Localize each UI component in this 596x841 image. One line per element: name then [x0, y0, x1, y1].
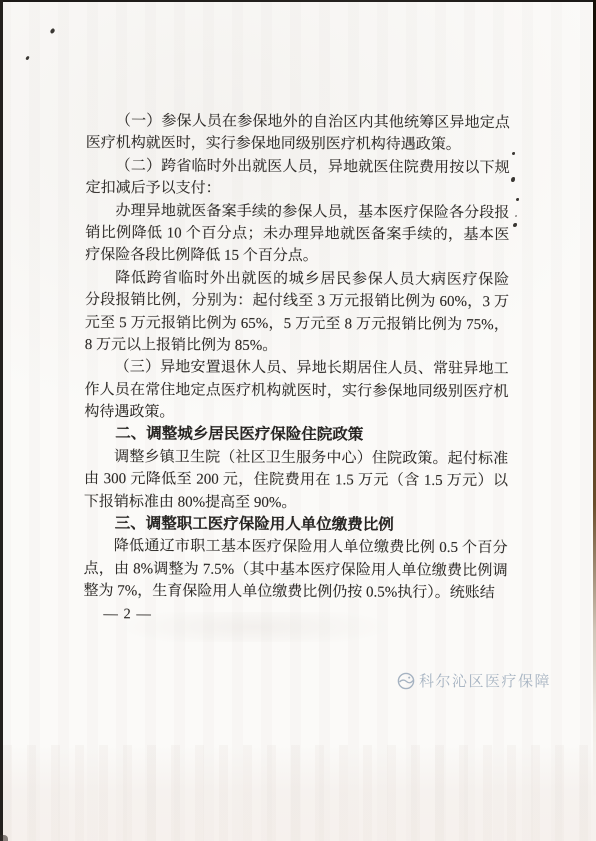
text-line: 销比例降低 10 个百分点；未办理异地就医备案手续的，基本医	[85, 222, 509, 247]
ink-speck	[516, 198, 519, 201]
medical-security-logo-icon	[396, 671, 416, 691]
watermark: 科尔沁区医疗保障	[396, 670, 551, 691]
section-heading: 三、调整职工医疗保险用人单位缴费比例	[84, 513, 508, 538]
text-line: 医疗机构就医时，实行参保地同级别医疗机构待遇政策。	[86, 132, 510, 157]
ink-speck	[49, 28, 55, 34]
text-line: 由 300 元降低至 200 元，住院费用在 1.5 万元（含 1.5 万元）以	[84, 468, 508, 493]
text-line: 办理异地就医备案手续的参保人员，基本医疗保险各分段报	[85, 200, 509, 225]
text-line: （一）参保人员在参保地外的自治区内其他统筹区异地定点	[86, 110, 510, 135]
ink-speck	[512, 152, 515, 155]
text-line: 构待遇政策。	[84, 401, 508, 426]
paragraph: （一）参保人员在参保地外的自治区内其他统筹区异地定点医疗机构就医时，实行参保地同…	[86, 110, 510, 157]
text-line: 降低通辽市职工基本医疗保险用人单位缴费比例 0.5 个百分	[84, 535, 508, 560]
scan-bottom-shading	[3, 745, 596, 841]
page-number: — 2 —	[103, 603, 507, 628]
ink-speck	[515, 215, 517, 217]
text-line: 疗保险各段比例降低 15 个百分点。	[85, 244, 509, 269]
text-line: 定扣减后予以支付：	[86, 177, 510, 202]
text-line: 元至 5 万元报销比例为 65%，5 万元至 8 万元报销比例为 75%，	[85, 312, 509, 337]
ink-speck	[513, 223, 517, 227]
paragraph: （三）异地安置退休人员、异地长期居住人员、常驻异地工作人员在常住地定点医疗机构就…	[84, 356, 508, 425]
text-line: 整为 7%，生育保险用人单位缴费比例仍按 0.5%执行）。统账结	[83, 580, 507, 605]
scan-edge-left	[0, 0, 3, 841]
text-line: 8 万元以上报销比例为 85%。	[85, 334, 509, 359]
text-line: 点，由 8%调整为 7.5%（其中基本医疗保险用人单位缴费比例调	[84, 558, 508, 583]
section-heading: 二、调整城乡居民医疗保险住院政策	[84, 423, 508, 448]
paragraph: 降低通辽市职工基本医疗保险用人单位缴费比例 0.5 个百分点，由 8%调整为 7…	[83, 535, 507, 604]
watermark-label: 科尔沁区医疗保障	[419, 670, 551, 691]
text-block: （一）参保人员在参保地外的自治区内其他统筹区异地定点医疗机构就医时，实行参保地同…	[83, 110, 510, 627]
text-line: 作人员在常住地定点医疗机构就医时，实行参保地同级别医疗机	[84, 379, 508, 404]
text-line: 调整乡镇卫生院（社区卫生服务中心）住院政策。起付标准	[84, 446, 508, 471]
paragraphs: （一）参保人员在参保地外的自治区内其他统筹区异地定点医疗机构就医时，实行参保地同…	[83, 110, 510, 605]
text-line: 降低跨省临时外出就医的城乡居民参保人员大病医疗保险	[85, 267, 509, 292]
text-line: 二、调整城乡居民医疗保险住院政策	[84, 423, 508, 448]
paragraph: 办理异地就医备案手续的参保人员，基本医疗保险各分段报销比例降低 10 个百分点；…	[85, 200, 509, 269]
text-line: 分段报销比例，分别为：起付线至 3 万元报销比例为 60%，3 万	[85, 289, 509, 314]
paragraph: 调整乡镇卫生院（社区卫生服务中心）住院政策。起付标准由 300 元降低至 200…	[84, 446, 508, 515]
paragraph: 降低跨省临时外出就医的城乡居民参保人员大病医疗保险分段报销比例，分别为：起付线至…	[85, 267, 509, 359]
scan-corner-artifact	[0, 835, 8, 841]
text-line: 下报销标准由 80%提高至 90%。	[84, 491, 508, 516]
scan-edge-top	[0, 0, 596, 2]
ink-speck	[511, 177, 515, 182]
text-line: （二）跨省临时外出就医人员，异地就医住院费用按以下规	[86, 155, 510, 180]
text-line: 三、调整职工医疗保险用人单位缴费比例	[84, 513, 508, 538]
paragraph: （二）跨省临时外出就医人员，异地就医住院费用按以下规定扣减后予以支付：	[86, 155, 510, 202]
ink-speck	[25, 56, 29, 61]
scanned-document-page: （一）参保人员在参保地外的自治区内其他统筹区异地定点医疗机构就医时，实行参保地同…	[0, 0, 596, 841]
text-line: （三）异地安置退休人员、异地长期居住人员、常驻异地工	[85, 356, 509, 381]
